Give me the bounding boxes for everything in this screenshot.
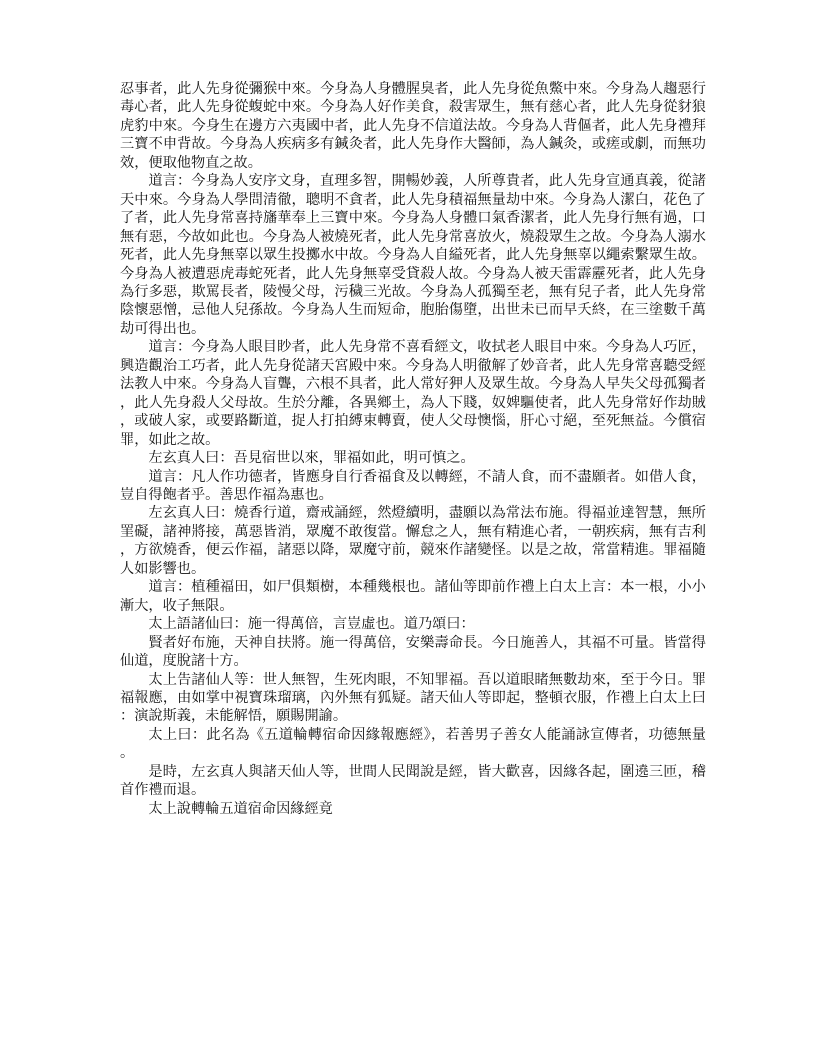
paragraph-5: 道言：凡人作功德者，皆應身自行香福食及以轉經，不請人食，而不盡願者。如借人食，豈…: [120, 468, 706, 505]
paragraph-2: 道言：今身為人安序文身，直理多智，開暢妙義，人所尊貴者，此人先身宣通真義，從諸天…: [120, 172, 706, 338]
verse-paragraph: 賢者好布施，天神自扶將。施一得萬倍，安樂壽命長。今日施善人，其福不可量。皆當得仙…: [120, 634, 706, 671]
paragraph-1: 忍事者，此人先身從彌猴中來。今身為人身體腥臭者，此人先身從魚鱉中來。今身為人趨惡…: [120, 80, 706, 172]
paragraph-8: 太上語諸仙曰：施一得萬倍，言豈虛也。道乃頌曰：: [120, 615, 706, 633]
paragraph-6: 左玄真人曰：燒香行道，齋戒誦經，然燈續明，盡願以為常法布施。得福並達智慧，無所罣…: [120, 504, 706, 578]
document-page: 忍事者，此人先身從彌猴中來。今身為人身體腥臭者，此人先身從魚鱉中來。今身為人趨惡…: [120, 80, 706, 818]
paragraph-12: 是時，左玄真人與諸天仙人等，世間人民聞說是經，皆大歡喜，因緣各起，圍遶三匝，稽首…: [120, 763, 706, 800]
paragraph-11: 太上曰：此名為《五道輪轉宿命因緣報應經》，若善男子善女人能誦詠宣傳者，功德無量。: [120, 726, 706, 763]
paragraph-7: 道言：植種福田，如尸俱類樹，本種幾根也。諸仙等即前作禮上白太上言：本一根，小小漸…: [120, 578, 706, 615]
paragraph-3: 道言：今身為人眼目眇者，此人先身常不喜看經文，收拭老人眼目中來。今身為人巧匠，興…: [120, 338, 706, 449]
paragraph-4: 左玄真人曰：吾見宿世以來，罪福如此，明可慎之。: [120, 449, 706, 467]
paragraph-10: 太上告諸仙人等：世人無智，生死肉眼，不知罪福。吾以道眼睹無數劫來，至于今日。罪福…: [120, 671, 706, 726]
closing-title: 太上說轉輪五道宿命因緣經竟: [120, 800, 706, 818]
